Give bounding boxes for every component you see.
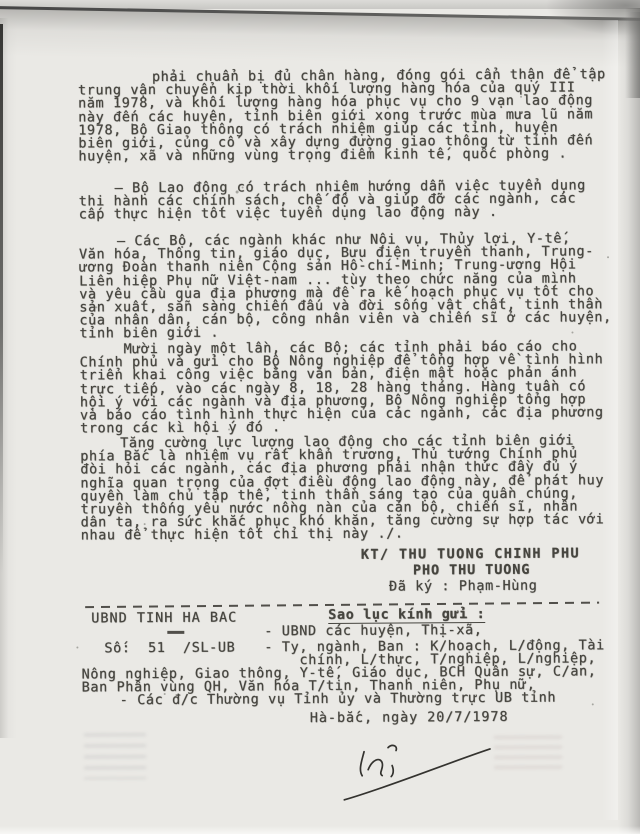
ink-speck (144, 523, 146, 525)
text-line: huyện, xã và những vùng trọng điểm kinh … (78, 147, 613, 163)
ink-speck (76, 646, 78, 648)
org-name-underline-dash (167, 631, 184, 634)
ink-speck (236, 190, 239, 193)
recipient-item: - UBND các huyện, Thị-xã, (264, 624, 482, 639)
body-paragraph-2: – Bộ Lao động có trách nhiệm hướng dẫn v… (79, 179, 614, 222)
recipient-item: - Các đ/c Thường vụ Tỉnh ủy và Thường tr… (120, 692, 556, 708)
body-paragraph-5: Tăng cường lực lượng lao động cho các tỉ… (80, 434, 616, 543)
ink-speck (310, 153, 312, 155)
body-paragraph-1: phải chuẩn bị đủ chân hàng, đóng gói cẩn… (78, 68, 614, 164)
document-number: Số: 51 /SL-UB (104, 642, 235, 656)
ink-speck (520, 96, 522, 98)
ink-speck (592, 703, 594, 705)
ink-speck (228, 429, 230, 431)
place-and-date-line: Hà-bắc, ngày 20/7/1978 (310, 711, 509, 725)
ink-speck (164, 693, 166, 695)
ink-speck (116, 101, 118, 103)
text-line: cấp thực hiện tốt việc tuyển dụng lao độ… (79, 206, 614, 222)
text-line: nhau để thực hiện tốt chỉ thị này ./. (81, 527, 616, 543)
bleed-through-smudge (84, 733, 146, 779)
org-name: UBND TINH HA BAC (91, 612, 237, 626)
ink-speck (95, 306, 97, 308)
ink-speck (242, 186, 244, 188)
handwritten-signature (332, 739, 502, 810)
ink-speck (607, 256, 609, 258)
scanned-document-page: phải chuẩn bị đủ chân hàng, đóng gói cẩn… (0, 0, 640, 834)
ink-speck (131, 123, 133, 125)
ink-speck (571, 331, 573, 333)
document-content: phải chuẩn bị đủ chân hàng, đóng gói cẩn… (0, 0, 640, 834)
body-paragraph-4: Mười ngày một lần, các Bộ; các tỉnh phải… (80, 340, 616, 436)
bleed-through-smudge (494, 736, 562, 774)
signing-title: PHO THU TUONG (413, 564, 530, 578)
signed-by: Đã ký : Phạm-Hùng (389, 580, 537, 594)
body-paragraph-3: – Các Bộ, các ngành khác như Nội vụ, Thủ… (79, 232, 615, 341)
signing-authority: KT/ THU TUONG CHINH PHU (361, 547, 580, 562)
